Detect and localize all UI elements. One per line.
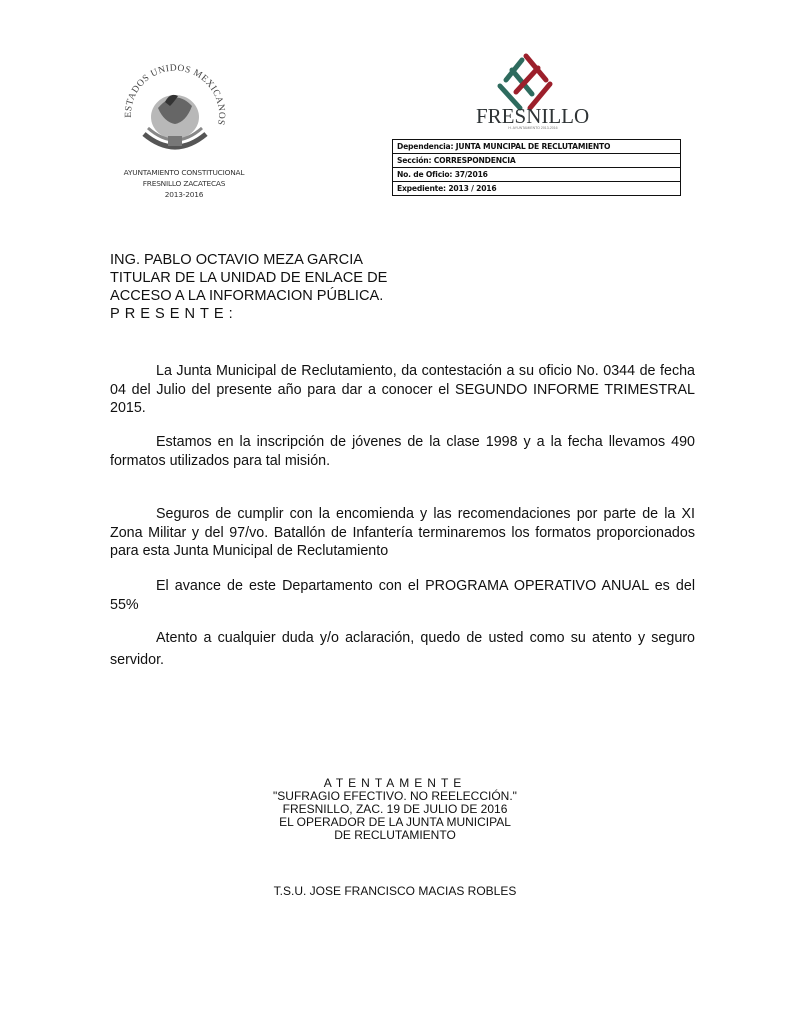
seal-caption: AYUNTAMIENTO CONSTITUCIONAL FRESNILLO ZA… bbox=[104, 167, 264, 200]
oficio-cell: No. de Oficio: 37/2016 bbox=[393, 168, 681, 182]
body-paragraph-5: Atento a cualquier duda y/o aclaración, … bbox=[110, 627, 695, 671]
document-info-table: Dependencia: JUNTA MUNCIPAL DE RECLUTAMI… bbox=[392, 139, 681, 196]
logo-subtitle: H. AYUNTAMIENTO 2013-2016 bbox=[498, 126, 568, 130]
signer-name: T.S.U. JOSE FRANCISCO MACIAS ROBLES bbox=[200, 884, 590, 898]
addressee-block: ING. PABLO OCTAVIO MEZA GARCIA TITULAR D… bbox=[110, 251, 387, 323]
body-paragraph-3: Seguros de cumplir con la encomienda y l… bbox=[110, 505, 695, 561]
closing-role-cont: DE RECLUTAMIENTO bbox=[200, 829, 590, 842]
fresnillo-knot-logo-icon bbox=[486, 50, 564, 112]
table-row: Expediente: 2013 / 2016 bbox=[393, 182, 681, 196]
table-row: No. de Oficio: 37/2016 bbox=[393, 168, 681, 182]
paragraph-text: Estamos en la inscripción de jóvenes de … bbox=[110, 433, 695, 470]
addressee-name: ING. PABLO OCTAVIO MEZA GARCIA bbox=[110, 251, 387, 269]
seal-caption-line: FRESNILLO ZACATECAS bbox=[104, 178, 264, 189]
seal-caption-line: AYUNTAMIENTO CONSTITUCIONAL bbox=[104, 167, 264, 178]
body-paragraph-2: Estamos en la inscripción de jóvenes de … bbox=[110, 433, 695, 470]
fresnillo-logo bbox=[486, 50, 564, 112]
paragraph-text: Atento a cualquier duda y/o aclaración, … bbox=[110, 627, 695, 671]
paragraph-text: El avance de este Departamento con el PR… bbox=[110, 577, 695, 614]
expediente-cell: Expediente: 2013 / 2016 bbox=[393, 182, 681, 196]
table-row: Sección: CORRESPONDENCIA bbox=[393, 154, 681, 168]
paragraph-text: Seguros de cumplir con la encomienda y l… bbox=[110, 505, 695, 561]
body-paragraph-1: La Junta Municipal de Reclutamiento, da … bbox=[110, 362, 695, 418]
addressee-title: TITULAR DE LA UNIDAD DE ENLACE DE bbox=[110, 269, 387, 287]
presente-label: PRESENTE: bbox=[110, 305, 387, 323]
table-row: Dependencia: JUNTA MUNCIPAL DE RECLUTAMI… bbox=[393, 140, 681, 154]
closing-block: ATENTAMENTE "SUFRAGIO EFECTIVO. NO REELE… bbox=[200, 777, 590, 842]
coat-of-arms-seal: ESTADOS UNIDOS MEXICANOS bbox=[120, 62, 230, 167]
mexican-coat-of-arms-icon: ESTADOS UNIDOS MEXICANOS bbox=[120, 62, 230, 167]
seal-caption-line: 2013-2016 bbox=[104, 189, 264, 200]
dependencia-cell: Dependencia: JUNTA MUNCIPAL DE RECLUTAMI… bbox=[393, 140, 681, 154]
paragraph-text: La Junta Municipal de Reclutamiento, da … bbox=[110, 362, 695, 418]
addressee-title-cont: ACCESO A LA INFORMACION PÚBLICA. bbox=[110, 287, 387, 305]
seccion-cell: Sección: CORRESPONDENCIA bbox=[393, 154, 681, 168]
body-paragraph-4: El avance de este Departamento con el PR… bbox=[110, 577, 695, 614]
